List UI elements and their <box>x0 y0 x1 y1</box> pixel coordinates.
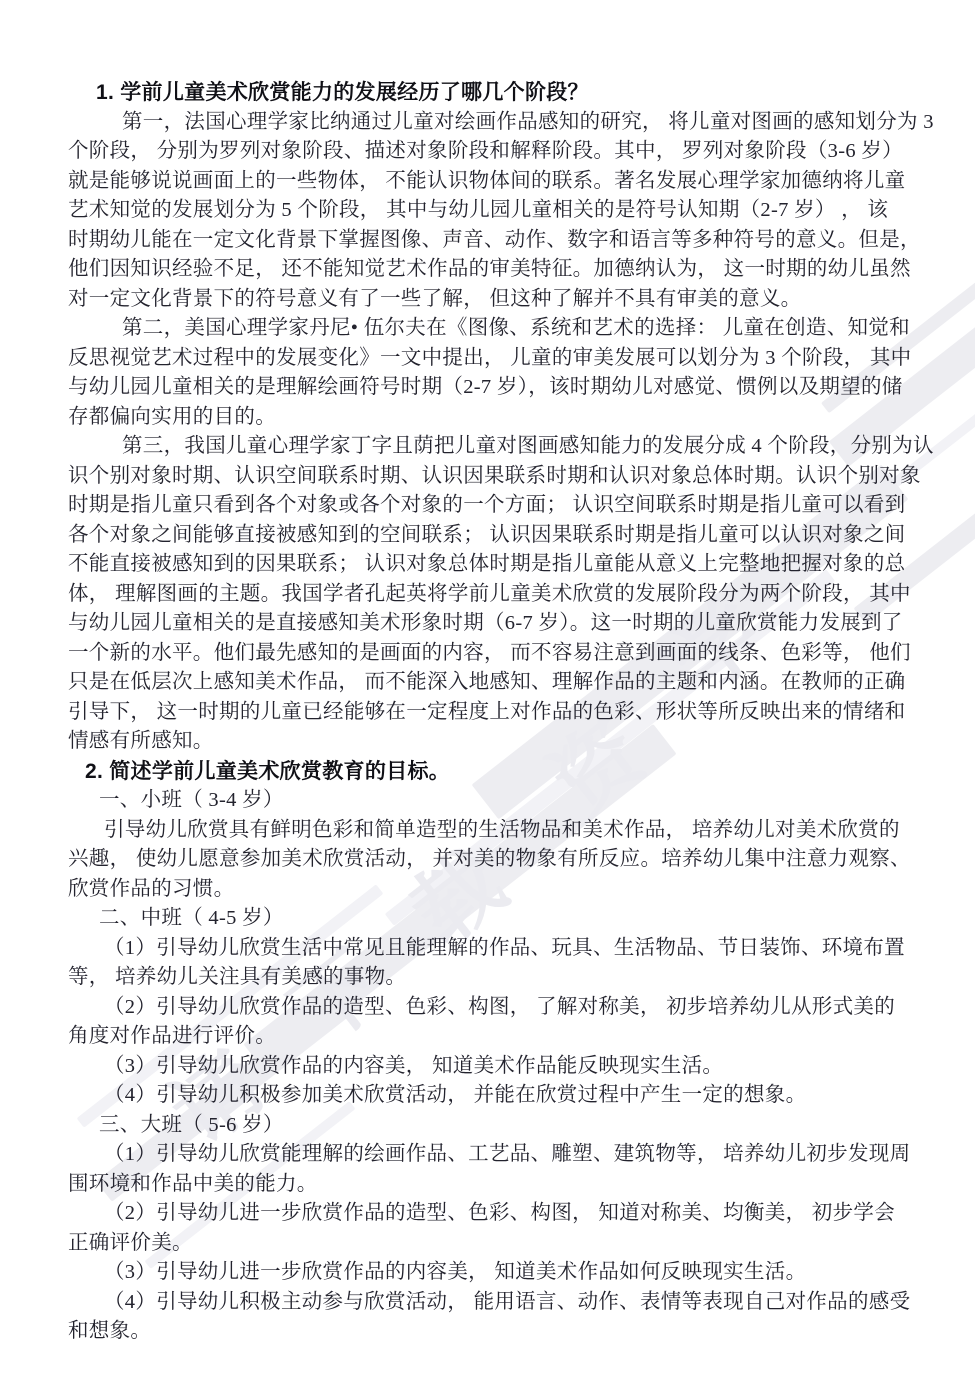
text-line: （3）引导幼儿进一步欣赏作品的内容美， 知道美术作品如何反映现实生活。 <box>68 1258 893 1288</box>
document-text: 1. 学前儿童美术欣赏能力的发展经历了哪几个阶段？第一，法国心理学家比纳通过儿童… <box>0 0 975 1347</box>
text-line: 兴趣， 使幼儿愿意参加美术欣赏活动， 并对美的物象有所反应。培养幼儿集中注意力观… <box>68 845 893 875</box>
text-line: 一、小班（ 3-4 岁） <box>68 786 893 816</box>
text-line: （2）引导幼儿进一步欣赏作品的造型、色彩、构图， 知道对称美、均衡美， 初步学会 <box>68 1199 893 1229</box>
text-line: 引导下， 这一时期的儿童已经能够在一定程度上对作品的色彩、形状等所反映出来的情绪… <box>68 698 893 728</box>
document-page: 请 下 载 资 学 1. 学前儿童美术欣赏能力的发展经历了哪几个阶段？第一，法国… <box>0 0 975 1384</box>
text-line: 与幼儿园儿童相关的是理解绘画符号时期（2-7 岁），该时期幼儿对感觉、惯例以及期… <box>68 373 893 403</box>
text-line: （3）引导幼儿欣赏作品的内容美， 知道美术作品能反映现实生活。 <box>68 1052 893 1082</box>
text-line: 第二，美国心理学家丹尼• 伍尔夫在《图像、系统和艺术的选择： 儿童在创造、知觉和 <box>68 314 893 344</box>
text-line: 和想象。 <box>68 1317 893 1347</box>
question-heading: 2. 简述学前儿童美术欣赏教育的目标。 <box>68 757 893 787</box>
text-line: 第三，我国儿童心理学家丁字且荫把儿童对图画感知能力的发展分成 4 个阶段，分别为… <box>68 432 893 462</box>
text-line: 正确评价美。 <box>68 1229 893 1259</box>
text-line: 体， 理解图画的主题。我国学者孔起英将学前儿童美术欣赏的发展阶段分为两个阶段， … <box>68 580 893 610</box>
text-line: 等， 培养幼儿关注具有美感的事物。 <box>68 963 893 993</box>
text-line: 个阶段， 分别为罗列对象阶段、描述对象阶段和解释阶段。其中， 罗列对象阶段（3-… <box>68 137 893 167</box>
text-line: 时期是指儿童只看到各个对象或各个对象的一个方面； 认识空间联系时期是指儿童可以看… <box>68 491 893 521</box>
text-line: 三、大班（ 5-6 岁） <box>68 1111 893 1141</box>
text-line: 他们因知识经验不足， 还不能知觉艺术作品的审美特征。加德纳认为， 这一时期的幼儿… <box>68 255 893 285</box>
text-line: （1）引导幼儿欣赏生活中常见且能理解的作品、玩具、生活物品、节日装饰、环境布置 <box>68 934 893 964</box>
text-line: 不能直接被感知到的因果联系； 认识对象总体时期是指儿童能从意义上完整地把握对象的… <box>68 550 893 580</box>
text-line: 对一定文化背景下的符号意义有了一些了解， 但这种了解并不具有审美的意义。 <box>68 285 893 315</box>
text-line: 各个对象之间能够直接被感知到的空间联系； 认识因果联系时期是指儿童可以认识对象之… <box>68 521 893 551</box>
text-line: 欣赏作品的习惯。 <box>68 875 893 905</box>
text-line: 反思视觉艺术过程中的发展变化》一文中提出， 儿童的审美发展可以划分为 3 个阶段… <box>68 344 893 374</box>
text-line: 与幼儿园儿童相关的是直接感知美术形象时期（6-7 岁）。这一时期的儿童欣赏能力发… <box>68 609 893 639</box>
text-line: 就是能够说说画面上的一些物体， 不能认识物体间的联系。著名发展心理学家加德纳将儿… <box>68 167 893 197</box>
text-line: 引导幼儿欣赏具有鲜明色彩和简单造型的生活物品和美术作品， 培养幼儿对美术欣赏的 <box>68 816 893 846</box>
text-line: 只是在低层次上感知美术作品， 而不能深入地感知、理解作品的主题和内涵。在教师的正… <box>68 668 893 698</box>
text-line: 情感有所感知。 <box>68 727 893 757</box>
text-line: （1）引导幼儿欣赏能理解的绘画作品、工艺品、雕塑、建筑物等， 培养幼儿初步发现周 <box>68 1140 893 1170</box>
text-line: （4）引导幼儿积极参加美术欣赏活动， 并能在欣赏过程中产生一定的想象。 <box>68 1081 893 1111</box>
text-line: 艺术知觉的发展划分为 5 个阶段， 其中与幼儿园儿童相关的是符号认知期（2-7 … <box>68 196 893 226</box>
text-line: 第一，法国心理学家比纳通过儿童对绘画作品感知的研究， 将儿童对图画的感知划分为 … <box>68 108 893 138</box>
text-line: 角度对作品进行评价。 <box>68 1022 893 1052</box>
text-line: 一个新的水平。他们最先感知的是画面的内容， 而不容易注意到画面的线条、色彩等， … <box>68 639 893 669</box>
text-line: 时期幼儿能在一定文化背景下掌握图像、声音、动作、数字和语言等多种符号的意义。但是… <box>68 226 893 256</box>
text-line: 围环境和作品中美的能力。 <box>68 1170 893 1200</box>
text-line: （4）引导幼儿积极主动参与欣赏活动， 能用语言、动作、表情等表现自己对作品的感受 <box>68 1288 893 1318</box>
text-line: 二、中班（ 4-5 岁） <box>68 904 893 934</box>
text-line: 识个别对象时期、认识空间联系时期、认识因果联系时期和认识对象总体时期。认识个别对… <box>68 462 893 492</box>
text-line: 存都偏向实用的目的。 <box>68 403 893 433</box>
text-line: （2）引导幼儿欣赏作品的造型、色彩、构图， 了解对称美， 初步培养幼儿从形式美的 <box>68 993 893 1023</box>
question-heading: 1. 学前儿童美术欣赏能力的发展经历了哪几个阶段？ <box>68 78 893 108</box>
